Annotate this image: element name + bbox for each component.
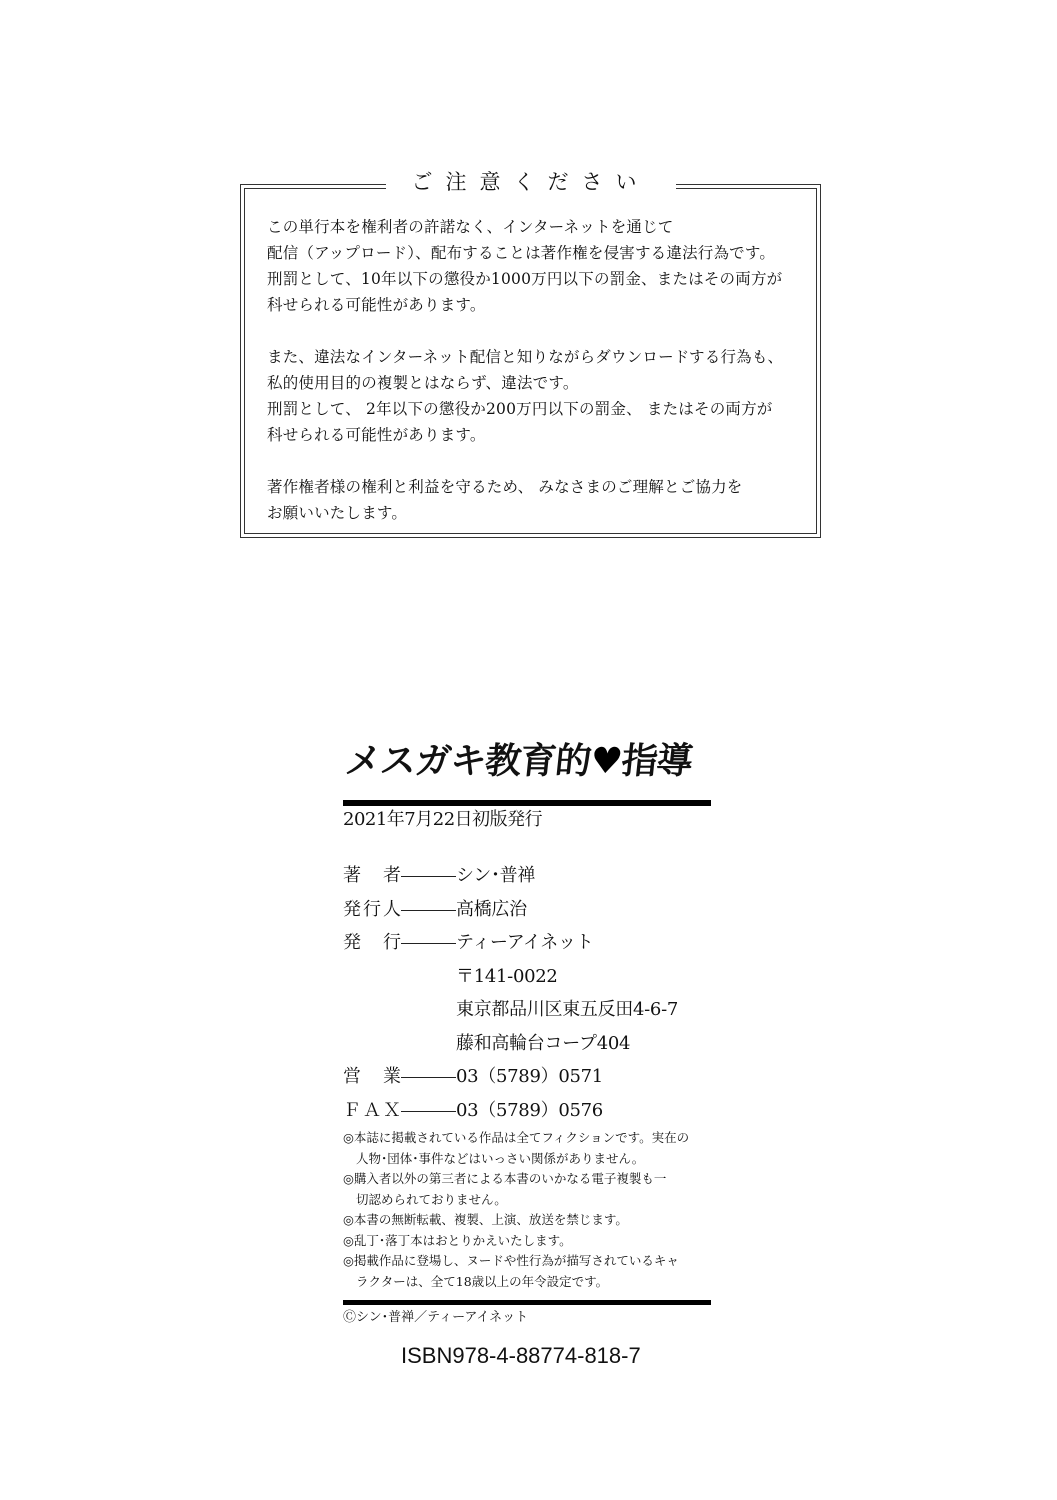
- notice-line: 著作権者様の権利と利益を守るため、 みなさまのご理解とご協力を: [267, 474, 810, 500]
- info-label: ＦＡＸ: [343, 1094, 401, 1128]
- info-row-address: 東京都品川区東五反田4-6-7: [343, 993, 713, 1027]
- book-title-part1: メスガキ教育的: [343, 740, 592, 782]
- book-title-part2: 指導: [620, 740, 694, 782]
- dash-line: [401, 943, 456, 944]
- notice-line: 刑罰として、10年以下の懲役か1000万円以下の罰金、またはその両方が: [267, 266, 810, 292]
- info-value: 〒141-0022: [456, 960, 558, 994]
- info-label: 発行人: [343, 893, 401, 927]
- note-line-continued: 人物･団体･事件などはいっさい関係がありません。: [343, 1149, 713, 1170]
- info-row-publisher-person: 発行人 高橋広治: [343, 893, 713, 927]
- note-line-continued: 切認められておりません。: [343, 1190, 713, 1211]
- notice-line: 刑罰として、 2年以下の懲役か200万円以下の罰金、 またはその両方が: [267, 396, 810, 422]
- notice-line: この単行本を権利者の許諾なく、インターネットを通じて: [267, 214, 810, 240]
- notice-body: この単行本を権利者の許諾なく、インターネットを通じて 配信（アップロード）、配布…: [267, 214, 810, 552]
- dash-line: [401, 1077, 456, 1078]
- info-label: 営業: [343, 1060, 401, 1094]
- info-value: ティーアイネット: [456, 926, 593, 960]
- info-label: 著者: [343, 859, 401, 893]
- notice-paragraph: 著作権者様の権利と利益を守るため、 みなさまのご理解とご協力を お願いいたします…: [267, 474, 810, 526]
- notice-line: 科せられる可能性があります。: [267, 292, 810, 318]
- notice-line: お願いいたします。: [267, 500, 810, 526]
- note-line: ◎本書の無断転載、複製、上演、放送を禁じます。: [343, 1210, 713, 1231]
- info-label: 発行: [343, 926, 401, 960]
- info-row-fax: ＦＡＸ 03（5789）0576: [343, 1094, 713, 1128]
- info-value: シン･普禅: [456, 859, 535, 893]
- notice-line: また、違法なインターネット配信と知りながらダウンロードする行為も、: [267, 344, 810, 370]
- note-line: ◎購入者以外の第三者による本書のいかなる電子複製も一: [343, 1169, 713, 1190]
- info-row-publisher: 発行 ティーアイネット: [343, 926, 713, 960]
- notice-paragraph: また、違法なインターネット配信と知りながらダウンロードする行為も、 私的使用目的…: [267, 344, 810, 448]
- notice-title: ご注意ください: [386, 168, 676, 196]
- info-value: 03（5789）0576: [456, 1094, 603, 1128]
- isbn: ISBN978-4-88774-818-7: [343, 1343, 713, 1369]
- copyright-notice-box: ご注意ください この単行本を権利者の許諾なく、インターネットを通じて 配信（アッ…: [240, 184, 821, 538]
- info-value: 東京都品川区東五反田4-6-7: [456, 993, 678, 1027]
- book-title: メスガキ教育的♥指導: [343, 738, 718, 784]
- dash-line: [401, 1111, 456, 1112]
- info-value: 03（5789）0571: [456, 1060, 603, 1094]
- note-line-continued: ラクターは、全て18歳以上の年令設定です。: [343, 1272, 713, 1293]
- notice-line: 配信（アップロード）、配布することは著作権を侵害する違法行為です。: [267, 240, 810, 266]
- info-row-building: 藤和高輪台コープ404: [343, 1027, 713, 1061]
- dash-line: [401, 876, 456, 877]
- notice-line: 科せられる可能性があります。: [267, 422, 810, 448]
- info-value: 高橋広治: [456, 893, 527, 927]
- heart-icon: ♥: [588, 740, 624, 782]
- publication-info: 著者 シン･普禅 発行人 高橋広治 発行 ティーアイネット 〒141-0022 …: [343, 859, 713, 1127]
- note-line: ◎乱丁･落丁本はおとりかえいたします。: [343, 1231, 713, 1252]
- notice-paragraph: この単行本を権利者の許諾なく、インターネットを通じて 配信（アップロード）、配布…: [267, 214, 810, 318]
- info-row-sales: 営業 03（5789）0571: [343, 1060, 713, 1094]
- publication-date: 2021年7月22日初版発行: [343, 807, 713, 833]
- colophon: メスガキ教育的♥指導 2021年7月22日初版発行 著者 シン･普禅 発行人 高…: [343, 738, 713, 1369]
- title-rule: [343, 800, 711, 806]
- dash-line: [401, 910, 456, 911]
- bottom-rule: [343, 1300, 711, 1305]
- copyright-line: Ⓒシン･普禅／ティーアイネット: [343, 1307, 713, 1329]
- notice-line: 私的使用目的の複製とはならず、違法です。: [267, 370, 810, 396]
- info-row-postal-code: 〒141-0022: [343, 960, 713, 994]
- note-line: ◎本誌に掲載されている作品は全てフィクションです。実在の: [343, 1128, 713, 1149]
- legal-notes: ◎本誌に掲載されている作品は全てフィクションです。実在の 人物･団体･事件などは…: [343, 1128, 713, 1292]
- note-line: ◎掲載作品に登場し、ヌードや性行為が描写されているキャ: [343, 1251, 713, 1272]
- info-row-author: 著者 シン･普禅: [343, 859, 713, 893]
- info-value: 藤和高輪台コープ404: [456, 1027, 630, 1061]
